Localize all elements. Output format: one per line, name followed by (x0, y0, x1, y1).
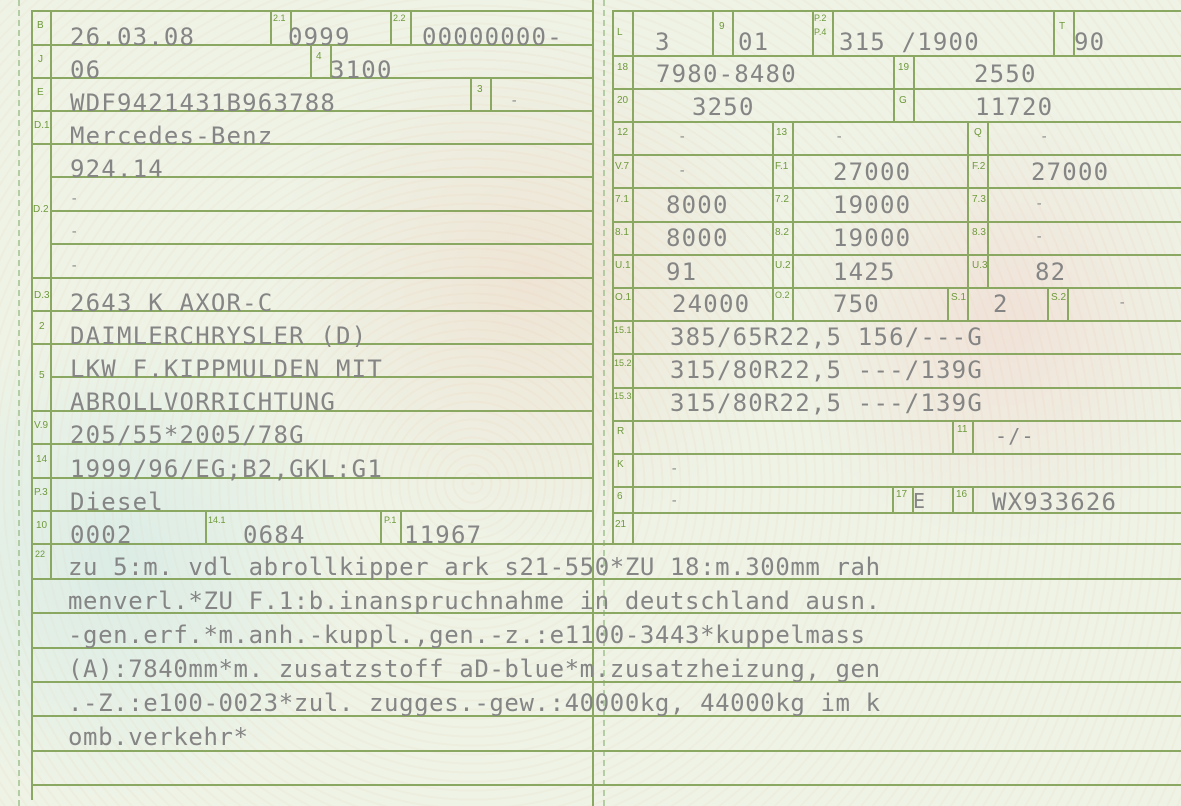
field-14-emission-code: 1999/96/EG;B2,GKL:G1 (70, 457, 383, 481)
field-label-2: 2 (39, 322, 45, 332)
field-d2-type: 924.14 (70, 157, 164, 181)
field-l-axles: 3 (655, 30, 671, 54)
field-o1-trailer-braked: 24000 (672, 292, 750, 316)
field-label-j: J (38, 55, 43, 65)
field-k-value: - (670, 462, 678, 476)
field-p1-displacement: 11967 (404, 523, 482, 547)
field-19-width: 2550 (974, 62, 1037, 86)
field-t-max-speed: 90 (1074, 30, 1105, 54)
field-label-e: E (37, 88, 44, 98)
field-2-1-manufacturer-code: 0999 (288, 25, 351, 49)
field-10-code: 0002 (70, 523, 133, 547)
field-label-d2: D.2 (33, 205, 49, 215)
field-p2-p4-power-rpm: 315 /1900 (839, 30, 980, 54)
field-label-7-2: 7.2 (775, 195, 789, 205)
field-label-13: 13 (776, 128, 787, 138)
field-5-vehicle-type-line1: LKW F.KIPPMULDEN MIT (70, 357, 383, 381)
field-11-value: -/- (995, 426, 1035, 446)
field-label-o1: O.1 (615, 293, 631, 303)
field-8-3-axle-load: - (1035, 230, 1043, 244)
field-label-t: T (1059, 22, 1065, 32)
field-7-2-axle-load: 19000 (833, 193, 911, 217)
field-label-d1: D.1 (34, 121, 50, 131)
field-u3-noise-driving: 82 (1035, 260, 1066, 284)
field-label-7-1: 7.1 (615, 195, 629, 205)
field-8-1-axle-load: 8000 (666, 226, 729, 250)
field-label-u1: U.1 (615, 261, 631, 271)
field-s2-standing: - (1118, 296, 1126, 310)
field-label-14: 14 (36, 455, 47, 465)
field-label-14-1: 14.1 (208, 516, 226, 525)
field-j-vehicle-class: 06 (70, 58, 101, 82)
remarks-line-4: (A):7840mm*m. zusatzstoff aD-blue*m.zusa… (68, 657, 881, 681)
field-label-16: 16 (956, 490, 967, 500)
field-15-3-tyres: 315/80R22,5 ---/139G (670, 391, 983, 415)
field-d2-version: - (70, 225, 78, 239)
field-g-empty-mass: 11720 (975, 95, 1053, 119)
field-label-6: 6 (617, 492, 623, 502)
remarks-line-2: menverl.*ZU F.1:b.inanspruchnahme in deu… (68, 589, 881, 613)
field-label-11: 11 (957, 425, 967, 435)
field-label-r: R (617, 427, 624, 437)
field-label-v7: V.7 (615, 162, 629, 172)
field-label-22: 22 (35, 550, 45, 559)
perforation-left (18, 0, 20, 806)
field-9-drive-axles: 01 (738, 30, 769, 54)
field-u2-rpm: 1425 (833, 260, 896, 284)
field-label-8-3: 8.3 (972, 228, 986, 238)
field-f1-max-mass: 27000 (833, 160, 911, 184)
field-label-u2: U.2 (775, 261, 791, 271)
field-7-1-axle-load: 8000 (666, 193, 729, 217)
field-label-d3: D.3 (34, 291, 50, 301)
field-label-p1: P.1 (384, 516, 396, 525)
field-15-1-tyres: 385/65R22,5 156/---G (670, 325, 983, 349)
field-label-8-2: 8.2 (775, 228, 789, 238)
field-e-vin: WDF9421431B963788 (70, 91, 336, 115)
remarks-line-3: -gen.erf.*m.anh.-kuppl.,gen.-z.:e1100-34… (68, 623, 866, 647)
field-label-5: 5 (39, 371, 45, 381)
field-label-p3: P.3 (34, 488, 48, 498)
field-b-first-registration-date: 26.03.08 (70, 25, 195, 49)
field-label-18: 18 (617, 63, 628, 73)
remarks-line-5: .-Z.:e100-0023*zul. zugges.-gew.:40000kg… (68, 691, 881, 715)
perforation-center (603, 0, 605, 806)
field-label-4: 4 (316, 52, 322, 62)
field-7-3-axle-load: - (1035, 197, 1043, 211)
field-label-g: G (899, 96, 907, 106)
field-label-9: 9 (719, 22, 725, 32)
field-label-f1: F.1 (775, 162, 788, 172)
field-label-12: 12 (617, 128, 628, 138)
field-p3-fuel-type: Diesel (70, 490, 164, 514)
field-4-body-type: 3100 (330, 58, 393, 82)
field-v7-co2: - (678, 164, 686, 178)
field-v9-emission-class: 205/55*2005/78G (70, 423, 305, 447)
field-2-2-type-code: 00000000- (422, 25, 563, 49)
field-label-7-3: 7.3 (972, 195, 986, 205)
field-3-check-digit: - (510, 94, 518, 108)
field-label-15-3: 15.3 (614, 392, 632, 401)
field-label-19: 19 (898, 63, 909, 73)
field-label-17: 17 (896, 490, 907, 500)
field-d1-make: Mercedes-Benz (70, 124, 273, 148)
field-16-document-number: WX933626 (992, 490, 1117, 514)
field-15-2-tyres: 315/80R22,5 ---/139G (670, 358, 983, 382)
field-label-u3: U.3 (972, 261, 988, 271)
field-label-2-2: 2.2 (393, 14, 406, 23)
field-s1-seats: 2 (993, 292, 1009, 316)
remarks-line-1: zu 5:m. vdl abrollkipper ark s21-550*ZU … (68, 555, 881, 579)
field-label-s1: S.1 (951, 293, 966, 303)
field-f2-permissible-mass: 27000 (1031, 160, 1109, 184)
field-18-length: 7980-8480 (656, 62, 797, 86)
field-13-value: - (835, 130, 843, 144)
field-o2-trailer-unbraked: 750 (833, 292, 880, 316)
field-label-8-1: 8.1 (615, 228, 629, 238)
field-d2-extra: - (70, 259, 78, 273)
field-label-21: 21 (615, 520, 626, 530)
field-label-o2: O.2 (775, 291, 790, 300)
field-label-2-1: 2.1 (273, 14, 286, 23)
field-d3-trade-name: 2643 K AXOR-C (70, 291, 273, 315)
field-6-value: - (670, 494, 678, 508)
field-label-v9: V.9 (34, 421, 48, 431)
field-label-f2: F.2 (972, 162, 985, 172)
field-label-b: B (37, 21, 44, 31)
field-label-3: 3 (477, 85, 483, 95)
remarks-line-6: omb.verkehr* (68, 725, 249, 749)
field-label-p4: P.4 (814, 28, 826, 37)
field-8-2-axle-load: 19000 (833, 226, 911, 250)
field-17-value: E (913, 491, 926, 511)
field-d2-variant: - (70, 192, 78, 206)
field-label-p2: P.2 (814, 14, 826, 23)
field-label-q: Q (974, 128, 982, 138)
field-label-s2: S.2 (1051, 293, 1066, 303)
field-label-10: 10 (36, 521, 47, 531)
field-label-k: K (617, 460, 624, 470)
field-label-15-2: 15.2 (614, 359, 632, 368)
field-q-value: - (1040, 130, 1048, 144)
field-20-height: 3250 (692, 95, 755, 119)
field-u1-noise-stationary: 91 (666, 260, 697, 284)
field-5-vehicle-type-line2: ABROLLVORRICHTUNG (70, 390, 336, 414)
field-14-1-emission-code: 0684 (243, 523, 306, 547)
field-label-15-1: 15.1 (614, 326, 632, 335)
field-label-l: L (617, 28, 623, 38)
registration-document: B 26.03.08 2.1 0999 2.2 00000000- J 06 4… (0, 0, 1181, 806)
field-label-20: 20 (617, 96, 628, 106)
field-2-manufacturer: DAIMLERCHRYSLER (D) (70, 324, 367, 348)
field-12-value: - (678, 130, 686, 144)
